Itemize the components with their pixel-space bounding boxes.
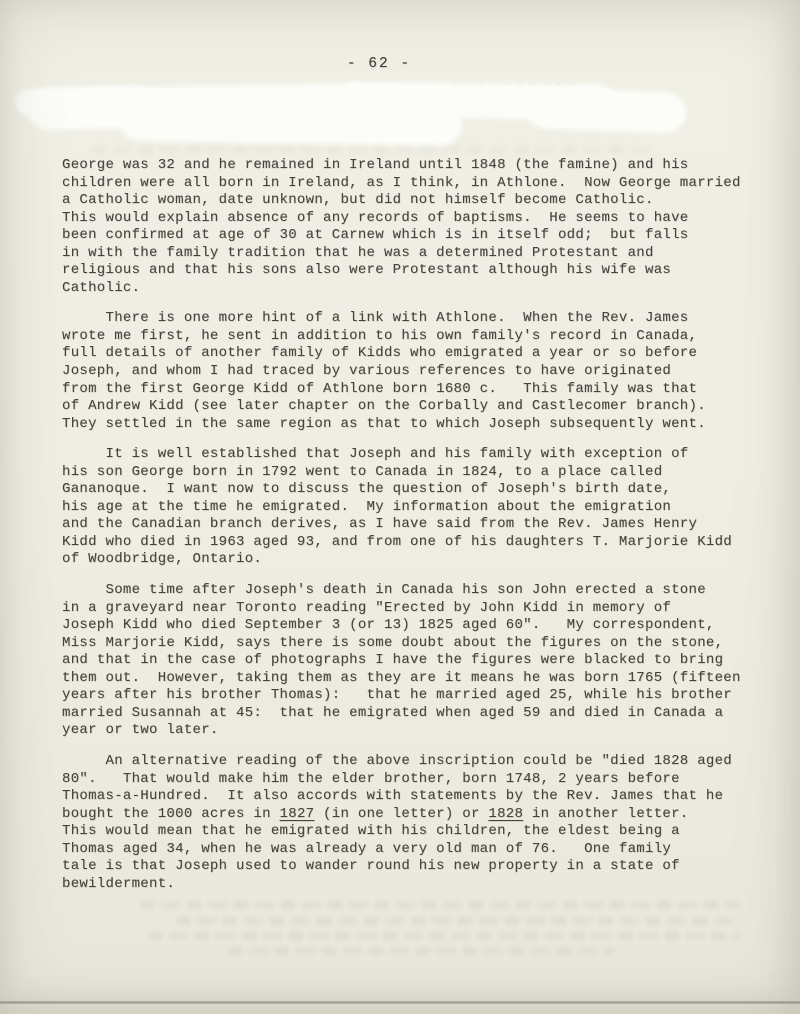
scanner-background xyxy=(0,1004,800,1014)
ghost-showthrough-line xyxy=(92,146,652,154)
text-line: There is one more hint of a link with At… xyxy=(62,310,741,328)
text-line: and the Canadian branch derives, as I ha… xyxy=(62,516,741,534)
text-line: Thomas-a-Hundred. It also accords with s… xyxy=(62,788,741,806)
paragraph: An alternative reading of the above insc… xyxy=(62,753,741,893)
text-line: Thomas aged 34, when he was already a ve… xyxy=(62,841,741,859)
text-line: children were all born in Ireland, as I … xyxy=(62,175,741,193)
scanned-document-page: - 62 - George was 32 and he remained in … xyxy=(0,0,800,1014)
text-line: bewilderment. xyxy=(62,876,741,894)
text-line: full details of another family of Kidds … xyxy=(62,345,741,363)
text-line: They settled in the same region as that … xyxy=(62,416,741,434)
text-line: his age at the time he emigrated. My inf… xyxy=(62,499,741,517)
text-line: from the first George Kidd of Athlone bo… xyxy=(62,381,741,399)
paragraph: There is one more hint of a link with At… xyxy=(62,310,741,433)
text-line: An alternative reading of the above insc… xyxy=(62,753,741,771)
text-line: Miss Marjorie Kidd, says there is some d… xyxy=(62,635,741,653)
text-line: Kidd who died in 1963 aged 93, and from … xyxy=(62,534,741,552)
text-line: of Woodbridge, Ontario. xyxy=(62,551,741,569)
text-line: year or two later. xyxy=(62,722,741,740)
text-line: This would explain absence of any record… xyxy=(62,210,741,228)
text-line: in with the family tradition that he was… xyxy=(62,245,741,263)
text-line: a Catholic woman, date unknown, but did … xyxy=(62,192,741,210)
text-line: wrote me first, he sent in addition to h… xyxy=(62,328,741,346)
ghost-showthrough-line xyxy=(228,947,614,955)
ghost-showthrough-line xyxy=(176,917,742,925)
ghost-showthrough-line xyxy=(148,932,740,940)
page-number: - 62 - xyxy=(0,56,758,72)
text-line: Joseph, and whom I had traced by various… xyxy=(62,363,741,381)
text-line: Some time after Joseph's death in Canada… xyxy=(62,582,741,600)
text-line: Joseph Kidd who died September 3 (or 13)… xyxy=(62,617,741,635)
text-line: tale is that Joseph used to wander round… xyxy=(62,858,741,876)
paragraph: Some time after Joseph's death in Canada… xyxy=(62,582,741,740)
text-line: 80". That would make him the elder broth… xyxy=(62,771,741,789)
text-line: This would mean that he emigrated with h… xyxy=(62,823,741,841)
whiteout-blob xyxy=(527,89,684,131)
text-line: religious and that his sons also were Pr… xyxy=(62,262,741,280)
text-line: Gananoque. I want now to discuss the que… xyxy=(62,481,741,499)
text-line: them out. However, taking them as they a… xyxy=(62,670,741,688)
text-line: his son George born in 1792 went to Cana… xyxy=(62,464,741,482)
text-line: George was 32 and he remained in Ireland… xyxy=(62,157,741,175)
text-line: married Susannah at 45: that he emigrate… xyxy=(62,705,741,723)
paragraph: George was 32 and he remained in Ireland… xyxy=(62,157,741,297)
text-line: in a graveyard near Toronto reading "Ere… xyxy=(62,600,741,618)
text-line: It is well established that Joseph and h… xyxy=(62,446,741,464)
text-line: been confirmed at age of 30 at Carnew wh… xyxy=(62,227,741,245)
text-line: bought the 1000 acres in 1827 (in one le… xyxy=(62,806,741,824)
text-line: and that in the case of photographs I ha… xyxy=(62,652,741,670)
paragraph: It is well established that Joseph and h… xyxy=(62,446,741,569)
text-line: of Andrew Kidd (see later chapter on the… xyxy=(62,398,741,416)
text-line: years after his brother Thomas): that he… xyxy=(62,687,741,705)
text-line: Catholic. xyxy=(62,280,741,298)
text-block: George was 32 and he remained in Ireland… xyxy=(62,157,741,906)
